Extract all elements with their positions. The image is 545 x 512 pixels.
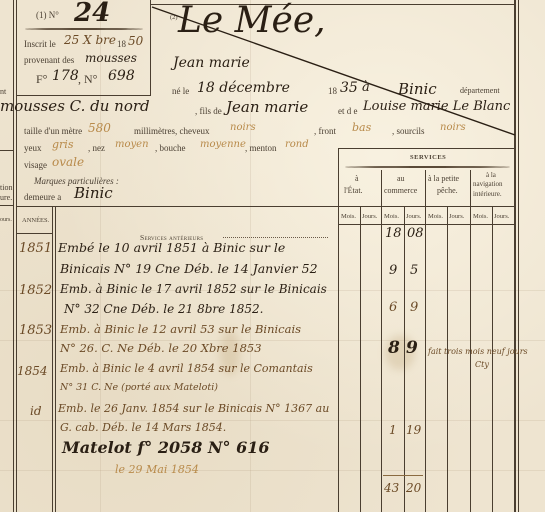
nose-value: moyen — [115, 139, 149, 150]
subheader-bottom-rule — [338, 224, 514, 225]
department-label: département — [460, 86, 500, 95]
registry-page: (1) N° 24 Inscrit le 25 X bre 18 50 prov… — [0, 0, 545, 512]
group-nav-l1: à la — [486, 171, 496, 179]
mouth-value: moyenne — [200, 139, 246, 150]
groups-bottom-rule — [338, 206, 514, 207]
col-sep — [470, 170, 471, 512]
left-border-inner — [16, 0, 17, 512]
commerce-jours: 5 — [410, 263, 418, 278]
numero-label: , N° — [78, 72, 97, 87]
born-place: Binic — [398, 80, 437, 98]
group-peche-l1: à la petite — [428, 174, 459, 183]
mm-hair-label: millimètres, cheveux — [134, 126, 209, 136]
commerce-jours: 9 — [406, 338, 418, 358]
commerce-mois: 9 — [389, 263, 397, 278]
inscrit-label: Inscrit le — [24, 39, 56, 49]
entry-line: N° 26. C. Ne Déb. le 20 Xbre 1853 — [60, 341, 262, 355]
commerce-mois: 1 — [389, 423, 397, 437]
years-col-right — [52, 206, 53, 512]
margin-rule — [0, 150, 13, 151]
commerce-total-jours: 20 — [406, 481, 421, 495]
born-label: né le — [172, 86, 189, 96]
services-top-rule — [338, 148, 514, 149]
height-value: 580 — [88, 121, 111, 135]
col-sep — [381, 170, 382, 512]
total-rule — [383, 475, 423, 476]
subheader-mois: Mois. — [428, 213, 443, 220]
commerce-jours: 08 — [407, 226, 424, 241]
entry-line: Emb. à Binic le 17 avril 1852 sur le Bin… — [60, 282, 327, 296]
subheader-mois: Mois. — [473, 213, 488, 220]
inscrit-year-prefix: 18 — [117, 39, 126, 49]
subheader-mois: Mois. — [341, 213, 356, 220]
group-peche-l2: pêche. — [437, 186, 458, 195]
chin-value: rond — [285, 139, 309, 150]
folio-value: 178 — [52, 68, 79, 84]
sub-col-sep — [447, 206, 448, 512]
group-commerce-l1: au — [397, 174, 405, 183]
side-note-initials: Cty — [475, 360, 489, 369]
services-flourish — [345, 166, 510, 168]
margin-rule — [0, 205, 13, 206]
subheader-jours: Jours. — [449, 213, 464, 220]
side-note: fait trois mois neuf jours — [428, 347, 528, 356]
and-of-label: et d e — [338, 106, 358, 116]
entry-year: id — [30, 404, 42, 418]
entry-line: N° 31 C. Ne (porté aux Mateloti) — [60, 382, 218, 393]
margin-fragment: ours. — [0, 217, 12, 223]
eyes-label: yeux — [24, 143, 42, 153]
years-col-right-inner — [55, 206, 56, 512]
entry-year: 1852 — [19, 283, 52, 298]
mother-name: Louise marie Le Blanc — [363, 99, 510, 114]
numero-value: 698 — [108, 68, 135, 84]
commerce-jours: 19 — [406, 423, 421, 437]
number-value: 24 — [74, 0, 110, 28]
commerce-mois: 8 — [388, 338, 400, 358]
subheader-jours: Jours. — [362, 213, 377, 220]
face-label: visage — [24, 160, 47, 170]
father-name: Jean marie — [226, 98, 308, 116]
provenant-label: provenant des — [24, 55, 74, 65]
born-date: 18 décembre — [197, 80, 290, 96]
provenant-value: mousses — [85, 51, 137, 65]
title-leader-dots — [223, 237, 328, 238]
mouth-label: , bouche — [155, 143, 186, 153]
front-value: bas — [352, 121, 371, 134]
sub-col-sep — [404, 206, 405, 512]
entry-line: N° 32 Cne Déb. le 21 8bre 1852. — [64, 302, 263, 316]
number-label: (1) N° — [36, 10, 59, 20]
subheader-jours: Jours. — [494, 213, 509, 220]
paper-rule — [0, 470, 545, 471]
years-header-rule — [16, 233, 53, 234]
years-header: ANNÉES. — [22, 217, 49, 224]
hair-value: noirs — [230, 122, 256, 133]
born-year-prefix: 18 — [328, 86, 337, 96]
services-title: SERVICES — [410, 154, 446, 161]
paper-fold — [100, 0, 101, 512]
group-etat-l1: à — [355, 174, 359, 183]
sub-col-sep — [492, 206, 493, 512]
born-place-prefix: à — [362, 80, 370, 95]
entry-line: Binicais N° 19 Cne Déb. le 14 Janvier 52 — [60, 261, 318, 276]
residence-label: demeure a — [24, 192, 61, 202]
promotion-date: le 29 Mai 1854 — [115, 463, 199, 476]
strike-line — [150, 5, 520, 140]
subheader-jours: Jours. — [406, 213, 421, 220]
subheader-mois: Mois. — [384, 213, 399, 220]
margin-fragment: nt — [0, 87, 6, 96]
son-of-label: , fils de — [195, 106, 222, 116]
margin-fragment: ure. — [0, 193, 12, 202]
header-box-bottom — [16, 95, 151, 96]
origin-fragment: mousses C. du nord — [0, 97, 150, 115]
inscrit-date: 25 X bre — [64, 33, 116, 47]
front-label: , front — [314, 126, 336, 136]
services-left-border — [338, 148, 339, 512]
commerce-mois: 18 — [385, 226, 402, 241]
height-label: taille d'un mètre — [24, 126, 82, 136]
commerce-total-mois: 43 — [384, 481, 399, 495]
group-nav-l2: navigation — [473, 180, 503, 188]
entry-line: Emb. le 26 Janv. 1854 sur le Binicais N°… — [58, 402, 329, 415]
entry-year: 1854 — [17, 364, 48, 378]
eyes-value: gris — [52, 138, 73, 151]
promotion-line: Matelot f° 2058 N° 616 — [62, 438, 270, 457]
chin-label: , menton — [245, 143, 277, 153]
entry-year: 1853 — [19, 323, 52, 338]
entry-line: Embé le 10 avril 1851 à Binic sur le — [58, 240, 285, 255]
sub-col-sep — [360, 206, 361, 512]
group-commerce-l2: commerce — [384, 186, 417, 195]
commerce-mois: 6 — [389, 300, 397, 315]
left-border-outer — [13, 0, 14, 512]
header-flourish — [25, 28, 143, 30]
folio-label: F° — [36, 72, 47, 87]
nose-label: , nez — [88, 143, 105, 153]
group-nav-l3: intérieure. — [473, 190, 502, 198]
eyebrows-value: noirs — [440, 122, 466, 133]
entry-line: G. cab. Déb. le 14 Mars 1854. — [60, 421, 226, 434]
residence-value: Binic — [74, 184, 113, 202]
face-value: ovale — [52, 155, 84, 169]
col-sep — [425, 170, 426, 512]
born-year-suffix: 35 — [340, 80, 358, 96]
group-etat-l2: l'État. — [344, 186, 363, 195]
inscrit-year-suffix: 50 — [128, 34, 143, 48]
description-bottom-rule — [16, 206, 338, 207]
commerce-jours: 9 — [410, 300, 418, 315]
entry-line: Emb. à Binic le 4 avril 1854 sur le Coma… — [60, 362, 313, 375]
eyebrows-label: , sourcils — [392, 126, 425, 136]
margin-fragment: tion — [0, 183, 12, 192]
entry-line: Emb. à Binic le 12 avril 53 sur le Binic… — [60, 322, 301, 336]
entry-year: 1851 — [19, 241, 52, 256]
